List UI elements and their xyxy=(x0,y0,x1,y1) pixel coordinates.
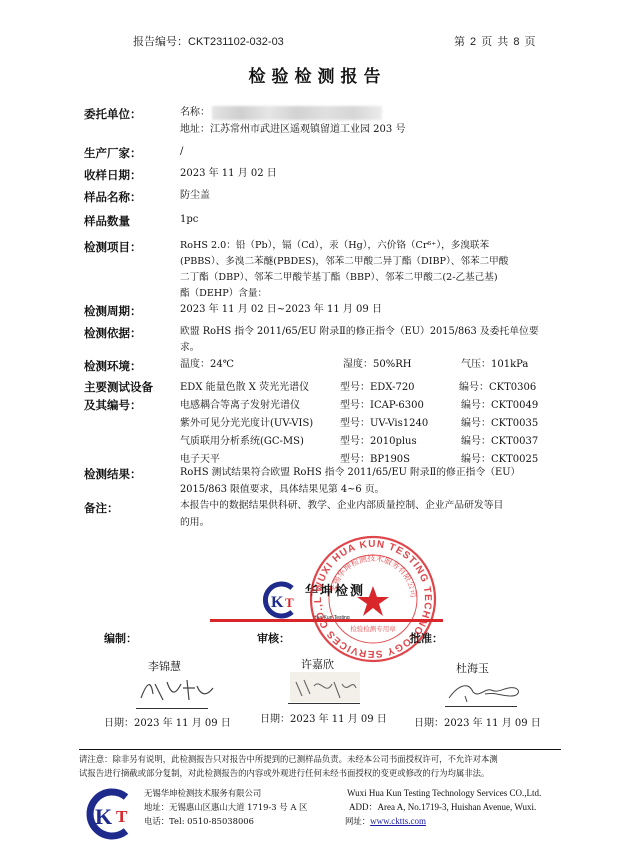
client-address: 地址：江苏常州市武进区遥观镇留道工业园 203 号 xyxy=(180,123,405,137)
equipment-model: 型号：2010plus xyxy=(340,432,417,447)
equipment-name: 紫外可见分光光度计(UV-VIS) xyxy=(180,414,313,429)
compiler-name: 李锦慧 xyxy=(148,658,181,674)
environment-label: 检测环境： xyxy=(84,358,142,374)
test-basis-line: 求。 xyxy=(180,340,555,356)
reviewed-date: 日期：2023 年 11 月 09 日 xyxy=(260,710,387,725)
sample-qty-value: 1pc xyxy=(180,213,198,227)
footer-website-row: 网址：www.cktts.com xyxy=(345,815,426,828)
test-basis-line: 欧盟 RoHS 指令 2011/65/EU 附录Ⅱ的修正指令（EU）2015/8… xyxy=(180,324,555,340)
footer-company-cn: 无锡华坤检测技术服务有限公司 xyxy=(144,787,261,800)
test-period-label: 检测周期： xyxy=(84,303,142,319)
compiled-date: 日期：2023 年 11 月 09 日 xyxy=(104,714,231,729)
receive-date-value: 2023 年 11 月 02 日 xyxy=(180,167,277,181)
equipment-id: 编号：CKT0037 xyxy=(461,432,538,447)
equipment-id: 编号：CKT0025 xyxy=(461,450,538,465)
remarks-value: 本报告中的数据结果供科研、教学、企业内部质量控制、企业产品研发等目 的用。 xyxy=(180,497,555,531)
svg-text:K: K xyxy=(95,804,112,829)
footer-divider xyxy=(79,749,561,750)
equipment-name: 电感耦合等离子发射光谱仪 xyxy=(180,396,300,411)
footer-notice: 请注意：除非另有说明，此检测报告只对报告中所提到的已测样品负责。未经本公司书面授… xyxy=(79,752,559,780)
footer-website-label: 网址： xyxy=(345,816,370,826)
page-indicator: 第 2 页 共 8 页 xyxy=(454,33,537,49)
footer-ckt-logo-icon: K T xyxy=(80,788,140,840)
test-items-value: RoHS 2.0：铅（Pb），镉（Cd），汞（Hg），六价铬（Cr⁶⁺），多溴联… xyxy=(180,238,555,302)
equipment-id: 编号：CKT0306 xyxy=(459,378,536,393)
equipment-model: 型号：EDX-720 xyxy=(340,378,415,393)
footer-website-link[interactable]: www.cktts.com xyxy=(370,816,426,826)
equipment-model: 型号：ICAP-6300 xyxy=(340,396,424,411)
reviewed-by-label: 审核： xyxy=(257,630,290,646)
approver-signature-line xyxy=(445,706,517,707)
test-period-value: 2023 年 11 月 02 日~2023 年 11 月 09 日 xyxy=(180,303,382,317)
result-value: RoHS 测试结果符合欧盟 RoHS 指令 2011/65/EU 附录Ⅱ的修正指… xyxy=(180,464,555,498)
result-label: 检测结果： xyxy=(84,466,142,482)
result-line: 2015/863 限值要求，具体结果见第 4~6 页。 xyxy=(180,481,555,498)
compiler-signature-icon xyxy=(137,674,217,704)
approved-by-label: 批准： xyxy=(410,630,443,646)
test-items-line: RoHS 2.0：铅（Pb），镉（Cd），汞（Hg），六价铬（Cr⁶⁺），多溴联… xyxy=(180,238,555,254)
test-items-line: (PBBS）、多溴二苯醚(PBDES)，邻苯二甲酸二异丁酯（DIBP）、邻苯二甲… xyxy=(180,254,555,270)
result-line: RoHS 测试结果符合欧盟 RoHS 指令 2011/65/EU 附录Ⅱ的修正指… xyxy=(180,464,555,481)
pressure-value: 气压：101kPa xyxy=(461,358,528,372)
remarks-line: 本报告中的数据结果供科研、教学、企业内部质量控制、企业产品研发等目 xyxy=(180,497,555,514)
equipment-name: 电子天平 xyxy=(180,450,220,465)
client-name-label: 名称： xyxy=(180,106,210,120)
approved-date: 日期：2023 年 11 月 09 日 xyxy=(414,714,541,729)
compiler-signature-line xyxy=(136,708,208,709)
footer-company-en: Wuxi Hua Kun Testing Technology Services… xyxy=(347,787,541,800)
compiled-by-label: 编制： xyxy=(104,630,137,646)
page-title: 检验检测报告 xyxy=(0,62,635,87)
temperature-value: 温度：24℃ xyxy=(180,358,234,372)
sample-qty-label: 样品数量 xyxy=(84,213,130,229)
test-items-line: 酯（DEHP）含量： xyxy=(180,286,555,302)
reviewer-signature-line xyxy=(288,703,360,704)
equipment-name: EDX 能量色散 X 荧光光谱仪 xyxy=(180,378,309,393)
ckt-logo-icon: K T xyxy=(260,580,300,620)
test-items-label: 检测项目： xyxy=(84,239,142,255)
remarks-line: 的用。 xyxy=(180,514,555,531)
equipment-id: 编号：CKT0035 xyxy=(461,414,538,429)
humidity-value: 湿度：50%RH xyxy=(343,358,411,372)
footer-phone: 电话：Tel: 0510-85038006 xyxy=(144,815,254,828)
test-items-line: 二丁酯（DBP）、邻苯二甲酸苄基丁酯（BBP）、邻苯二甲酸二(2-乙基己基) xyxy=(180,270,555,286)
receive-date-label: 收样日期： xyxy=(84,167,142,183)
reviewer-name: 许嘉欣 xyxy=(301,656,334,672)
svg-text:K: K xyxy=(271,594,284,611)
sample-name-label: 样品名称： xyxy=(84,189,142,205)
equipment-model: 型号：BP190S xyxy=(340,450,410,465)
footer-address-cn: 地址：无锡惠山区惠山大道 1719-3 号 A 区 xyxy=(144,801,307,814)
equipment-name: 气质联用分析系统(GC-MS) xyxy=(180,432,304,447)
svg-text:T: T xyxy=(116,807,128,826)
red-divider-line xyxy=(210,619,443,622)
sample-name-value: 防尘盖 xyxy=(180,189,210,203)
equipment-model: 型号：UV-Vis1240 xyxy=(340,414,428,429)
equipment-label-2: 及其编号： xyxy=(84,397,142,413)
footer-notice-line: 试报告进行摘截或部分复制，对此检测报告的内容或外观进行任何未经书面授权的变更或修… xyxy=(79,766,559,780)
svg-text:T: T xyxy=(285,595,294,610)
footer-notice-line: 请注意：除非另有说明，此检测报告只对报告中所提到的已测样品负责。未经本公司书面授… xyxy=(79,752,559,766)
equipment-label: 主要测试设备 xyxy=(84,379,153,395)
test-basis-label: 检测依据： xyxy=(84,325,142,341)
manufacturer-label: 生产厂家： xyxy=(84,145,142,161)
equipment-id: 编号：CKT0049 xyxy=(461,396,538,411)
svg-text:检验检测专用章: 检验检测专用章 xyxy=(350,624,396,633)
reviewer-signature-icon xyxy=(290,672,360,702)
client-name-redacted xyxy=(212,106,382,120)
approver-signature-icon xyxy=(445,678,525,704)
client-label: 委托单位： xyxy=(84,106,142,122)
report-number: 报告编号：CKT231102-032-03 xyxy=(133,33,284,49)
test-basis-value: 欧盟 RoHS 指令 2011/65/EU 附录Ⅱ的修正指令（EU）2015/8… xyxy=(180,324,555,356)
manufacturer-value: / xyxy=(180,145,183,159)
remarks-label: 备注： xyxy=(84,500,119,516)
footer-address-en: ADD：Area A, No.1719-3, Huishan Avenue, W… xyxy=(349,801,536,814)
approver-name: 杜海玉 xyxy=(456,660,489,676)
